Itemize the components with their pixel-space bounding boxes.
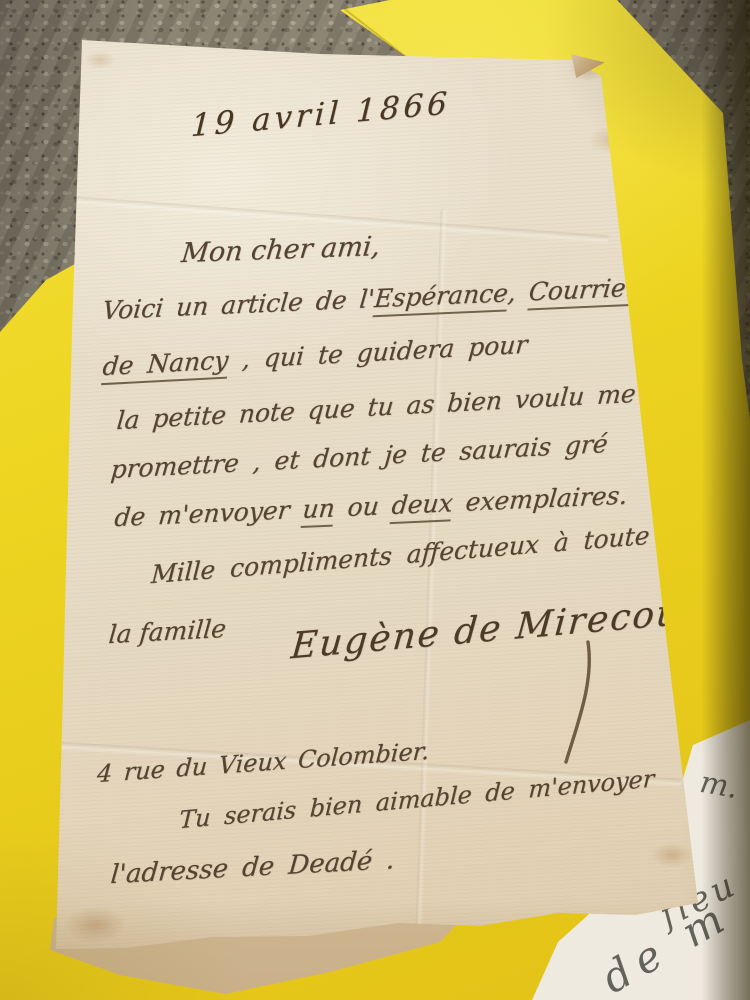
photo-scene: m. fleu de m 19 avril 1866 Mon cher ami,… (0, 0, 750, 1000)
fragment-text: m. (697, 765, 740, 806)
